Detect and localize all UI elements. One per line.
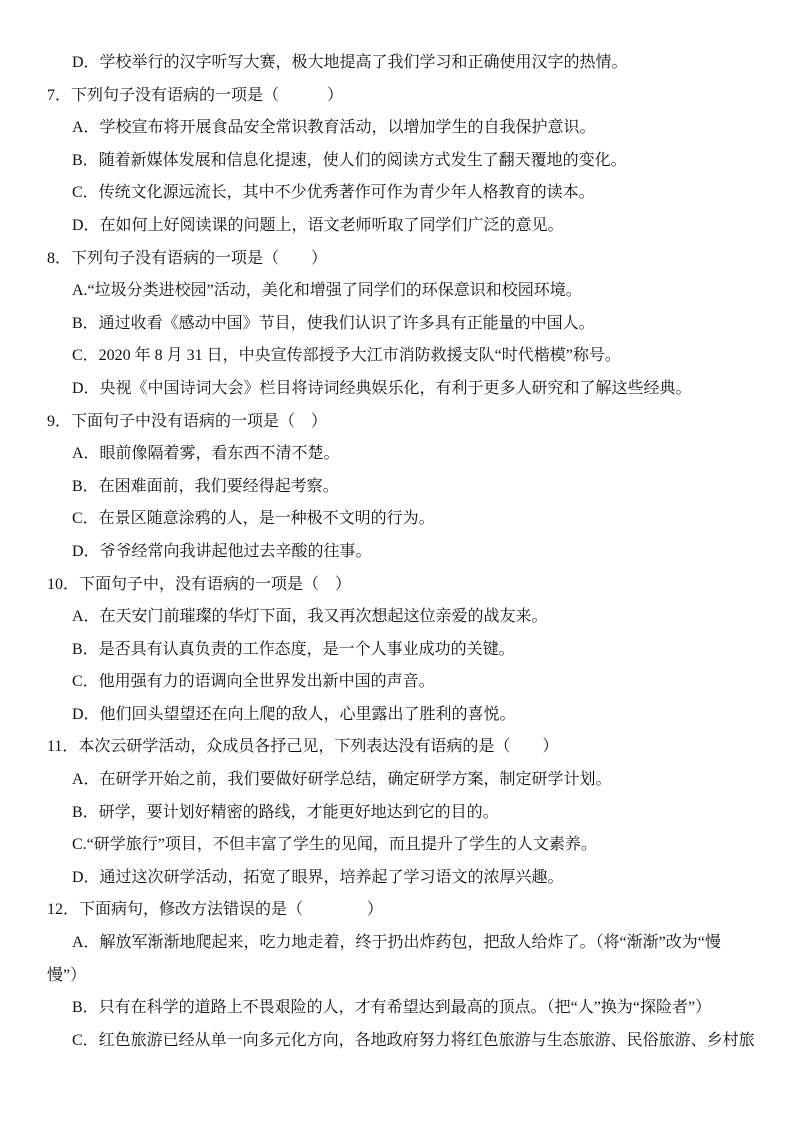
option-line: C.“研学旅行”项目，不但丰富了学生的见闻，而且提升了学生的人文素养。 <box>47 829 763 862</box>
question-stem-line: 10．下面句子中，没有语病的一项是（ ） <box>47 569 763 602</box>
option-line: C．他用强有力的语调向全世界发出新中国的声音。 <box>47 666 763 699</box>
option-line: A．学校宣布将开展食品安全常识教育活动，以增加学生的自我保护意识。 <box>47 112 763 145</box>
option-line: D．爷爷经常向我讲起他过去辛酸的往事。 <box>47 536 763 569</box>
option-continuation-line: 慢”） <box>47 960 763 993</box>
question-stem-line: 8．下列句子没有语病的一项是（ ） <box>47 243 763 276</box>
option-line: B．随着新媒体发展和信息化提速，使人们的阅读方式发生了翻天覆地的变化。 <box>47 145 763 178</box>
option-line: D．在如何上好阅读课的问题上，语文老师听取了同学们广泛的意见。 <box>47 210 763 243</box>
option-line: D．通过这次研学活动，拓宽了眼界，培养起了学习语文的浓厚兴趣。 <box>47 862 763 895</box>
question-stem-line: 12．下面病句，修改方法错误的是（ ） <box>47 894 763 927</box>
option-line: B．只有在科学的道路上不畏艰险的人，才有希望达到最高的顶点。（把“人”换为“探险… <box>47 992 763 1025</box>
question-stem-line: 7．下列句子没有语病的一项是（ ） <box>47 80 763 113</box>
option-line: C．在景区随意涂鸦的人，是一种极不文明的行为。 <box>47 503 763 536</box>
option-line: C．传统文化源远流长，其中不少优秀著作可作为青少年人格教育的读本。 <box>47 177 763 210</box>
option-line: D．学校举行的汉字听写大赛，极大地提高了我们学习和正确使用汉字的热情。 <box>47 47 763 80</box>
option-line: C．2020 年 8 月 31 日，中央宣传部授予大江市消防救援支队“时代楷模”… <box>47 340 763 373</box>
option-line: B．是否具有认真负责的工作态度，是一个人事业成功的关键。 <box>47 634 763 667</box>
option-line: A.“垃圾分类进校园”活动，美化和增强了同学们的环保意识和校园环境。 <box>47 275 763 308</box>
option-line: B．通过收看《感动中国》节目，使我们认识了许多具有正能量的中国人。 <box>47 308 763 341</box>
option-line: A．眼前像隔着雾，看东西不清不楚。 <box>47 438 763 471</box>
option-line: D．央视《中国诗词大会》栏目将诗词经典娱乐化，有利于更多人研究和了解这些经典。 <box>47 373 763 406</box>
exam-page: D．学校举行的汉字听写大赛，极大地提高了我们学习和正确使用汉字的热情。7．下列句… <box>0 0 793 1122</box>
option-line: C．红色旅游已经从单一向多元化方向，各地政府努力将红色旅游与生态旅游、民俗旅游、… <box>47 1025 763 1058</box>
option-line: A．在天安门前璀璨的华灯下面，我又再次想起这位亲爱的战友来。 <box>47 601 763 634</box>
option-line: B．研学，要计划好精密的路线，才能更好地达到它的目的。 <box>47 797 763 830</box>
option-line: A．在研学开始之前，我们要做好研学总结，确定研学方案，制定研学计划。 <box>47 764 763 797</box>
option-line: D．他们回头望望还在向上爬的敌人，心里露出了胜利的喜悦。 <box>47 699 763 732</box>
option-line: A．解放军渐渐地爬起来，吃力地走着，终于扔出炸药包，把敌人给炸了。（将“渐渐”改… <box>47 927 763 960</box>
option-line: B．在困难面前，我们要经得起考察。 <box>47 471 763 504</box>
question-stem-line: 9．下面句子中没有语病的一项是（ ） <box>47 406 763 439</box>
question-stem-line: 11．本次云研学活动，众成员各抒己见，下列表达没有语病的是（ ） <box>47 731 763 764</box>
